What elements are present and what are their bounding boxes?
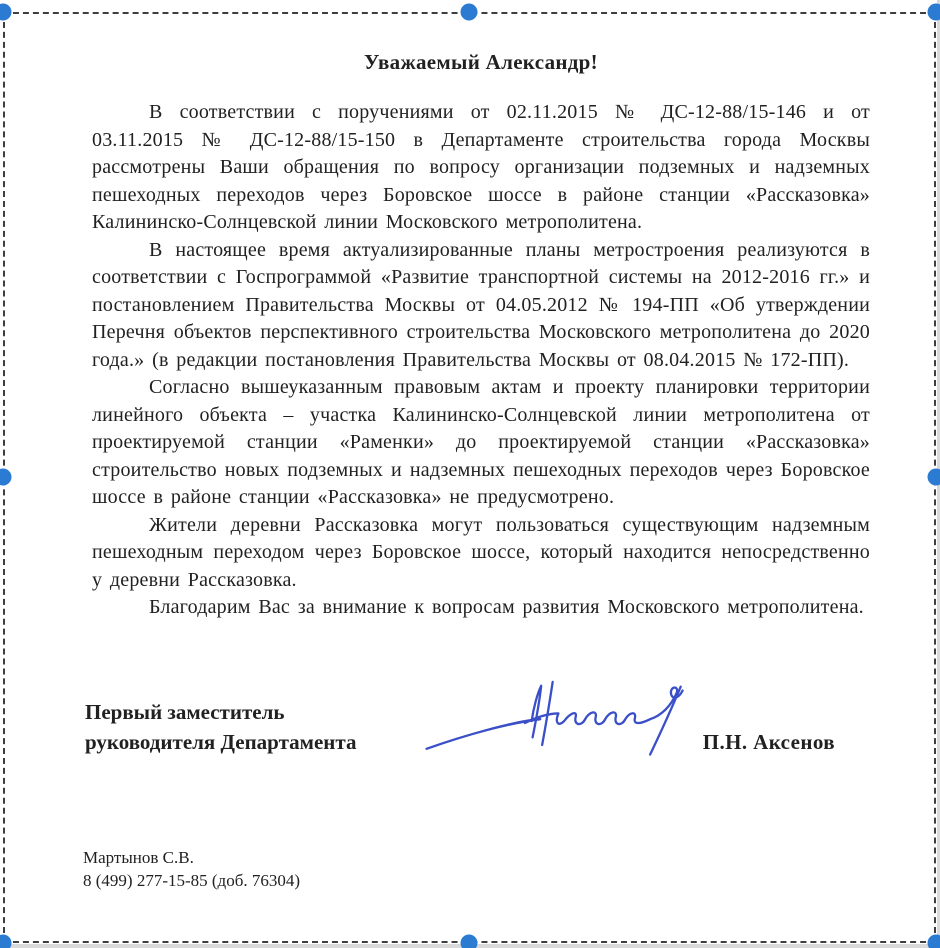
selection-handle-bottom-center[interactable] bbox=[461, 935, 478, 948]
letter-scan-page: Уважаемый Александр! В соответствии с по… bbox=[0, 0, 940, 948]
selection-handle-top-right[interactable] bbox=[928, 4, 940, 21]
selection-handle-top-center[interactable] bbox=[461, 4, 478, 21]
selection-handle-bottom-right[interactable] bbox=[928, 935, 940, 948]
selection-handle-middle-right[interactable] bbox=[928, 469, 940, 486]
selection-border[interactable] bbox=[3, 12, 936, 943]
